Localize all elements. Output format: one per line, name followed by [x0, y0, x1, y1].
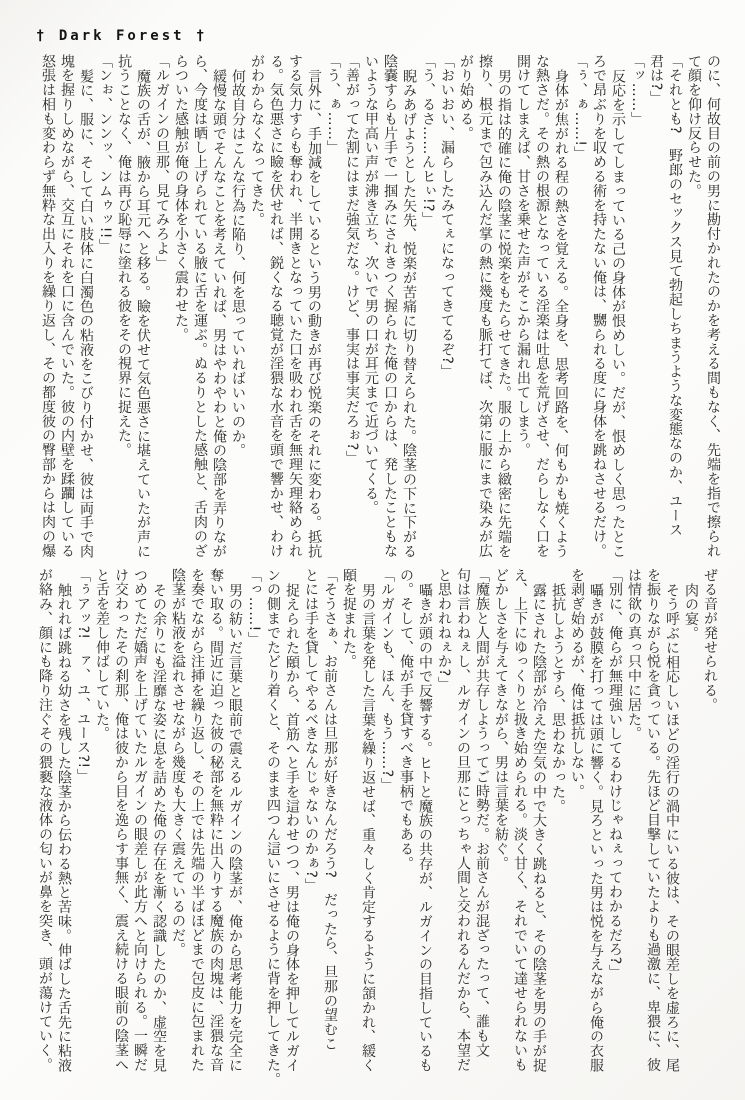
text-column: る。気色悪さに瞼を伏せれば、鋭くなる聴覚が淫猥な水音を頭で響かせ、わけ: [266, 54, 285, 576]
text-block-top: のに、何故目の前の男に勘付かれたのかを考える間もなく、先端を指で擦られて顔を仰け…: [37, 54, 722, 576]
text-column: を剥ぎ始めるが、俺は抵抗しない。: [567, 568, 586, 1096]
text-column: は情欲の真っ只中に居た。: [624, 568, 643, 1096]
text-column: 言外に、手加減をしているという男の動きが再び悦楽のそれに変わる。抵抗: [304, 54, 323, 576]
text-block-bottom: ぜる音が発せられる。肉の宴。そう呼ぶに相応しいほどの淫行の渦中にいる彼は、その眼…: [30, 568, 719, 1096]
text-column: 睨みあげようとした矢先、悦楽が苦痛に切り替えられた。陰茎の下に下がる: [399, 54, 418, 576]
page-title: † Dark Forest †: [36, 28, 207, 44]
text-column: 「そうさぁ、お前さんは旦那が好きなんだろう? だったら、旦那の望むこ: [320, 568, 339, 1096]
text-column: 抗うことなく、俺は再び恥辱に塗れる彼をその視界に捉えた。: [114, 54, 133, 576]
text-column: とには手を貸してやるべきなんじゃないのかぁ?」: [301, 568, 320, 1096]
text-column: の。そして、俺が手を貸すべき事柄でもある。: [396, 568, 415, 1096]
text-column: 怒張は相も変わらず無粋な出入りを繰り返し、その都度彼の臀部からは肉の爆: [38, 54, 57, 576]
text-column: 塊を握りしめながら、交互にそれを口に含んでいた。彼の内壁を蹂躙している: [57, 54, 76, 576]
text-column: つめてただ嬌声を上げていたルガインの眼差しが此方へと向けられる。一瞬だ: [130, 568, 149, 1096]
text-column: 露にされた陰部が冷えた空気の中で大きく跳ねると、その陰茎を男の手が捉: [529, 568, 548, 1096]
text-column: 触れれば跳ねる幼さを残した陰茎から伝わる熱と苦味。伸ばした舌先に粘液: [54, 568, 73, 1096]
text-column: 男の紡いだ言葉と眼前で震えるルガインの陰茎が、俺から思考能力を完全に: [225, 568, 244, 1096]
text-column: どかしさを与えてきながら、男は言葉を紡ぐ。: [491, 568, 510, 1096]
text-column: ンの側までたどり着くと、そのまま四つん這いにさせるように背を押してきた。: [263, 568, 282, 1096]
text-column: 「ンぉ、ンンッ、ンムゥッ!!」: [95, 54, 114, 576]
text-column: らついた感触が俺の身体を小さく震わせた。: [171, 54, 190, 576]
text-column: ろで昂ぶりを収める術を持たない俺は、嬲られる度に身体を跳ねさせるだけ。: [589, 54, 608, 576]
text-column: 「ぅアッ?! ァ、ユ、ユース?!」: [73, 568, 92, 1096]
text-column: その余りにも淫靡な姿に息を詰めた俺の存在を漸く認識したのか、虚空を見: [149, 568, 168, 1096]
text-column: 囁きが頭の中で反響する。ヒトと魔族の共存が、ルガインの目指しているも: [415, 568, 434, 1096]
text-column: 男の言葉を発した言葉を繰り返せば、重々しく肯定するように頷かれ、緩く: [358, 568, 377, 1096]
text-column: 「別に、俺らが無理強いしてるわけじゃねぇってわかるだろ?」: [605, 568, 624, 1096]
text-column: 陰嚢すらも片手で一掴みにされきつく握られた俺の口からは、発したこともな: [380, 54, 399, 576]
text-column: を振りながら悦を貪っている。先ほど目撃していたよりも過激に、卑猥に、彼: [643, 568, 662, 1096]
text-column: 何故自分はこんな行為に陥り、何を思っていればいいのか。: [228, 54, 247, 576]
text-column: 「っ……!」: [244, 568, 263, 1096]
text-column: 捉えられた頤から、首筋へと手を這わせつつ、男は俺の身体を押してルガイ: [282, 568, 301, 1096]
text-column: 「う、るさ……んヒぃ!?」: [418, 54, 437, 576]
text-column: 男の指は的確に俺の陰茎に悦楽をもたらせてきた。服の上から緻密に先端を: [494, 54, 513, 576]
text-column: がり始める。: [456, 54, 475, 576]
text-column: 「善がってた割にはまだ強気だな。けど、事実は事実だろぉ?」: [342, 54, 361, 576]
text-column: いような甲高い声が沸き立ち、次いで男の口が耳元まで近づいてくる。: [361, 54, 380, 576]
text-column: て顔を仰け反らせた。: [684, 54, 703, 576]
text-column: 奪い取る。間近に迫った彼の秘部を無粋に出入りする魔族の肉塊は、淫猥な音: [206, 568, 225, 1096]
text-column: がわからなくなってきた。: [247, 54, 266, 576]
text-column: 肉の宴。: [681, 568, 700, 1096]
text-column: 身体が焦がれる程の熱さを覚える。全身を、思考回路を、何もかも焼くよう: [551, 54, 570, 576]
text-column: のに、何故目の前の男に勘付かれたのかを考える間もなく、先端を指で擦られ: [703, 54, 722, 576]
text-column: 陰茎が粘液を溢れさせながら幾度も大きく震えているのだ。: [168, 568, 187, 1096]
text-column: 「おいおい、漏らしたみてぇになってきてるぞ?」: [437, 54, 456, 576]
text-column: け交わったその刹那、俺は彼から目を逸らす事無く、震え続ける眼前の陰茎へ: [111, 568, 130, 1096]
text-column: 「ルガインの旦那、見てみろよ」: [152, 54, 171, 576]
text-column: 擦り、根元まで包み込んだ掌の熱に幾度も脈打てば、次第に服にまで染みが広: [475, 54, 494, 576]
text-column: 君は?」: [646, 54, 665, 576]
text-column: そう呼ぶに相応しいほどの淫行の渦中にいる彼は、その眼差しを虚ろに、尾: [662, 568, 681, 1096]
text-column: 頤を捉まれた。: [339, 568, 358, 1096]
novel-page: † Dark Forest † のに、何故目の前の男に勘付かれたのかを考える間も…: [0, 0, 745, 1100]
text-column: 反応を示してしまっている己の身体が恨めしい。だが、恨めしく思ったとこ: [608, 54, 627, 576]
text-column: 「ぅ、ぁ……!」: [570, 54, 589, 576]
text-column: 「う、ぁ……」: [323, 54, 342, 576]
text-column: 囁きが鼓膜を打っては頭に響く。見ろといった男は悦を与えながら俺の衣服: [586, 568, 605, 1096]
text-column: な熱さだ。その熱の根源となっている淫楽は吐息を荒げさせ、だらしなく口を: [532, 54, 551, 576]
text-column: 抵抗しようとすら、思わなかった。: [548, 568, 567, 1096]
text-column: 句は言わねぇし、ルガインの旦那にとっちゃ人間と交われるんだから、本望だ: [453, 568, 472, 1096]
text-column: する気力すらも奪われ、半開きとなっていた口を吸われ舌を無理矢理絡められ: [285, 54, 304, 576]
text-column: 開けてしまえば、甘さを乗せた声がそこから漏れ出てしまう。: [513, 54, 532, 576]
text-column: ぜる音が発せられる。: [700, 568, 719, 1096]
text-column: 「魔族と人間が共存しようってご時勢だ。お前さんが混ざったって、誰も文: [472, 568, 491, 1096]
text-column: え、上下にゆっくりと扱き始められる。淡く甘く、それでいて達せられないも: [510, 568, 529, 1096]
text-column: 魔族の舌が、腋から耳元へと移る。瞼を伏せて気色悪さに堪えていたが声に: [133, 54, 152, 576]
text-column: が絡み、顔にも降り注ぐその猥褻な液体の匂いが鼻を突き、頭が蕩けていく。: [35, 568, 54, 1096]
text-column: 髪に、服に、そして白い肢体に白濁色の粘液をこびり付かせ、彼は両手で肉: [76, 54, 95, 576]
text-column: 「ルガインも、ほん、もう……?」: [377, 568, 396, 1096]
text-column: 緩慢な頭でそんなことを考えていれば、男はやわやわと俺の陰部を弄りなが: [209, 54, 228, 576]
text-column: 「それとも? 野郎のセックス見て勃起しちまうような変態なのか、ユース: [665, 54, 684, 576]
text-column: と舌を差し伸ばしていた。: [92, 568, 111, 1096]
text-column: を奏でながら注挿を繰り返し、その上では先端の半ばほどまで包皮に包まれた: [187, 568, 206, 1096]
text-column: 「ッ……」: [627, 54, 646, 576]
text-column: と思われねぇか?」: [434, 568, 453, 1096]
text-column: ら、今度は晒し上げられている腋に舌を運ぶ。ぬるりとした感触と、舌肉のざ: [190, 54, 209, 576]
